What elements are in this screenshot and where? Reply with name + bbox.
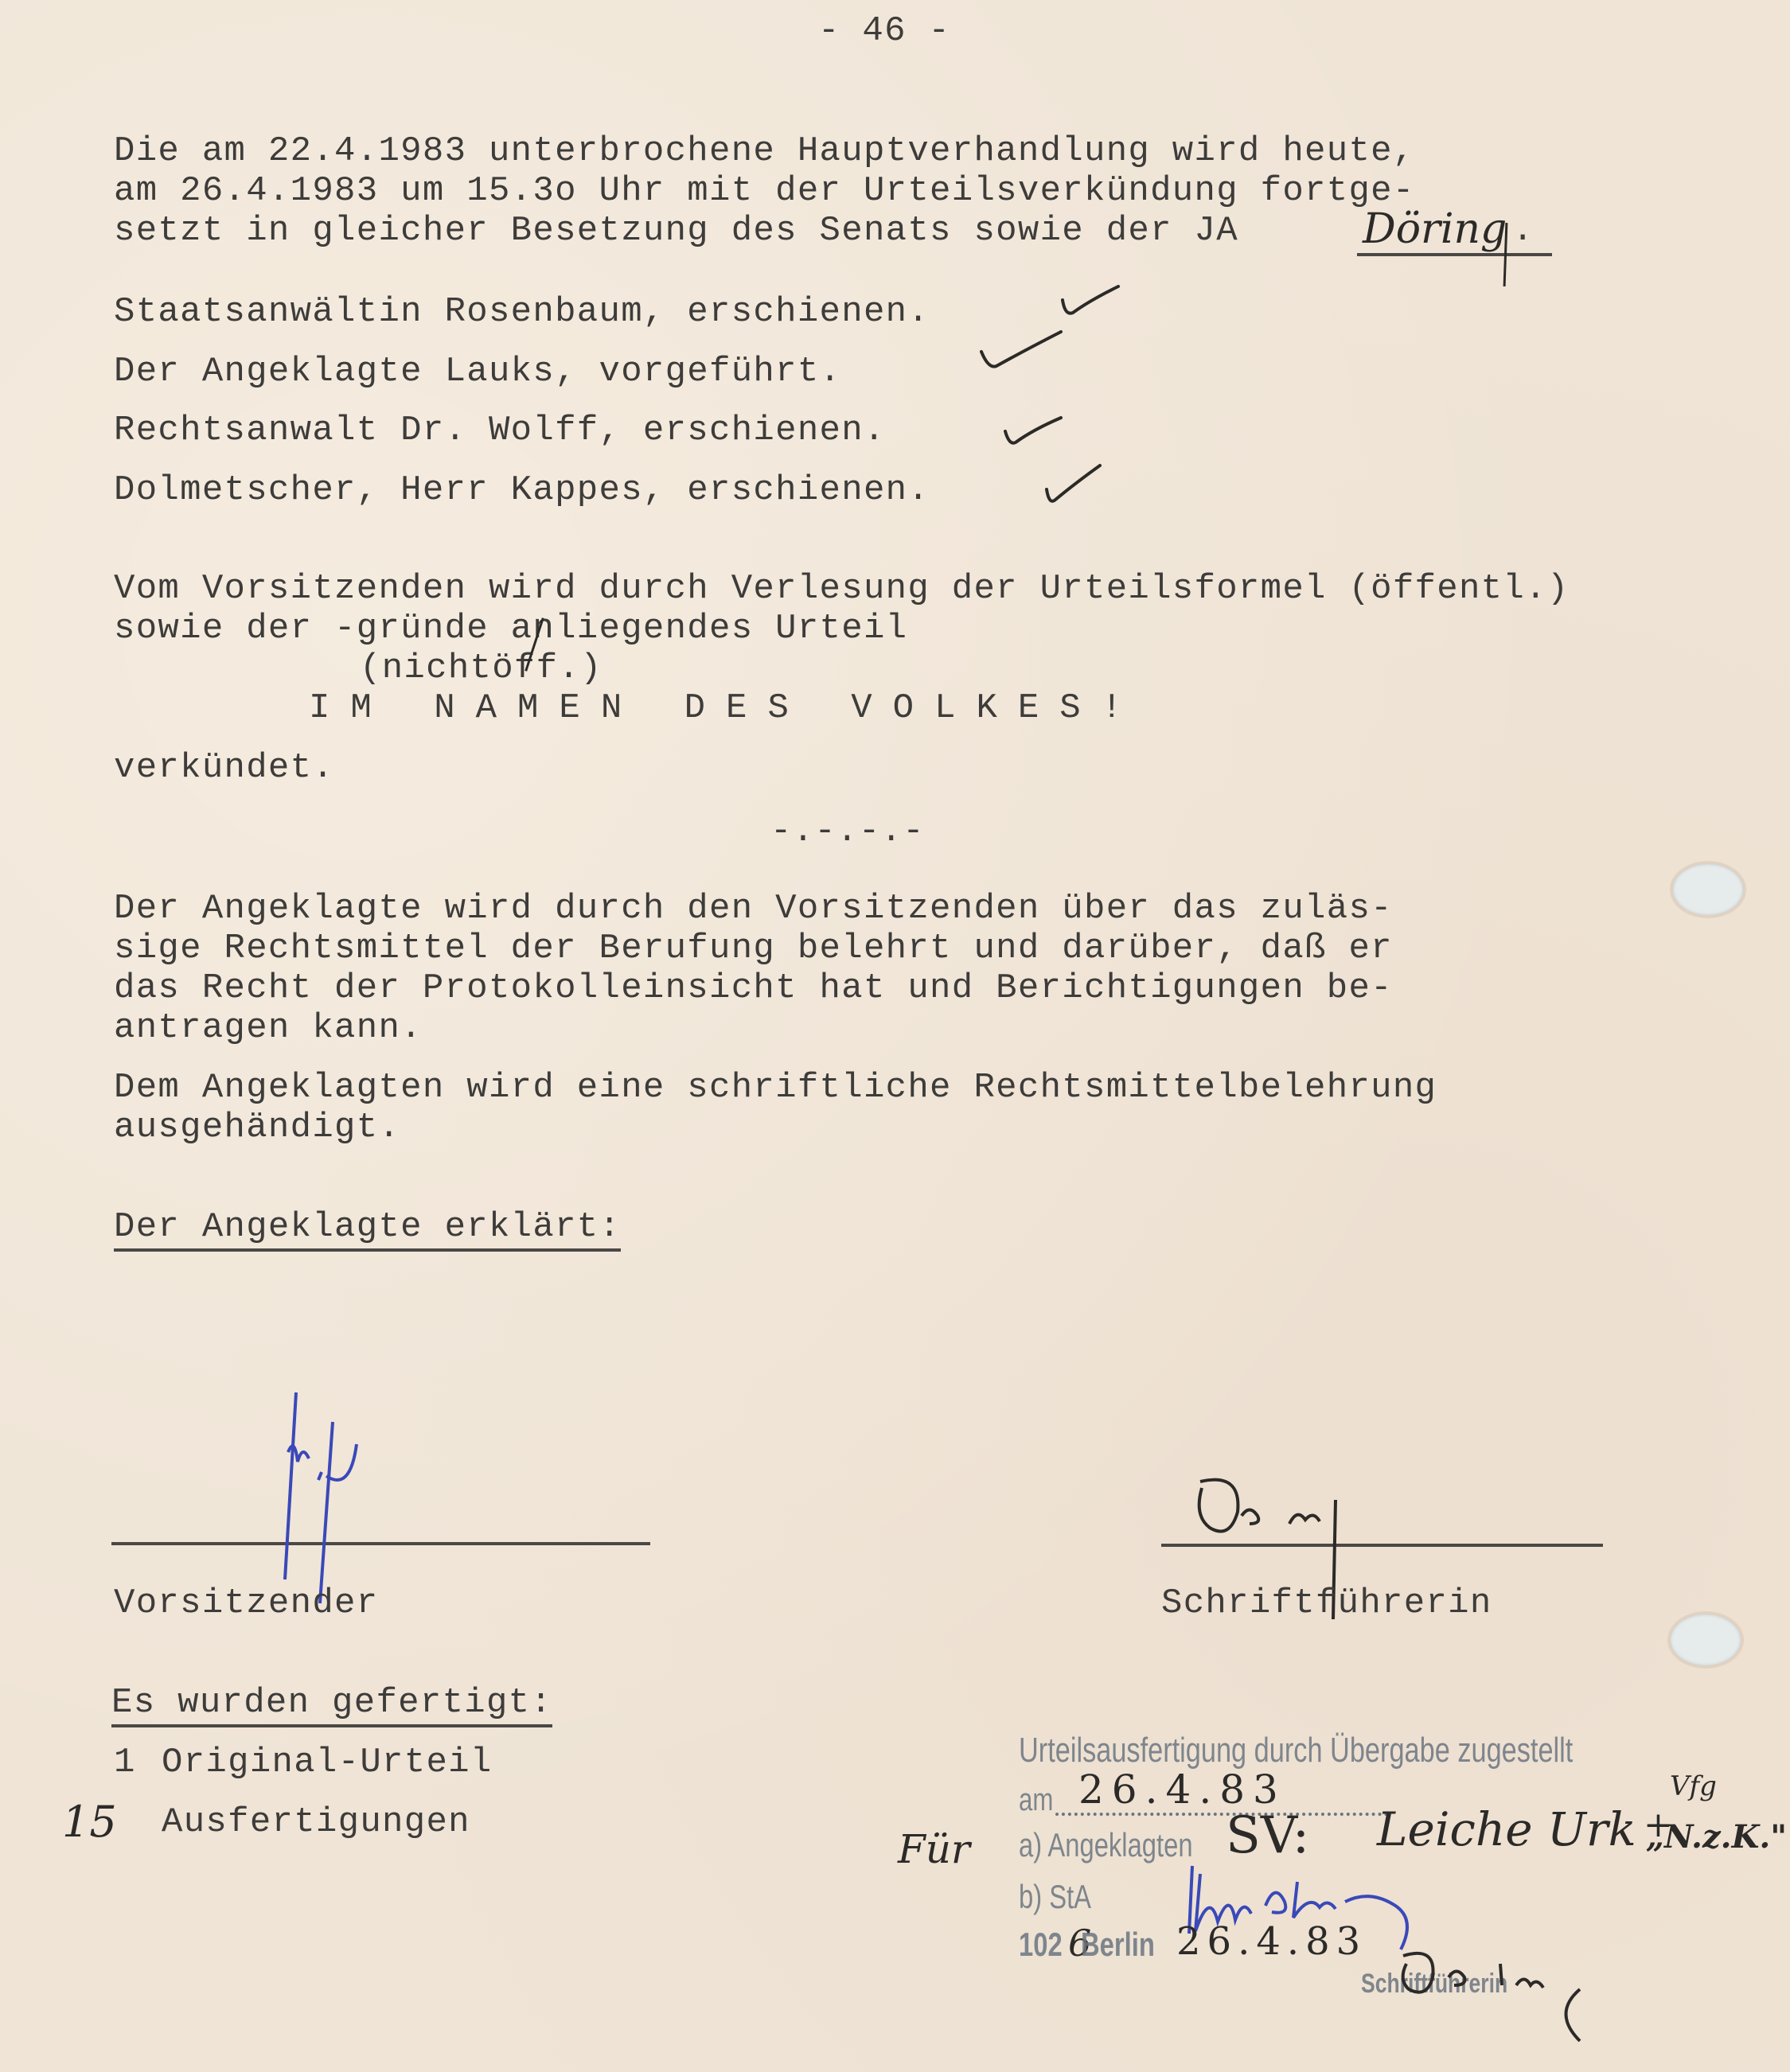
- checkmark-icon: [1001, 414, 1065, 450]
- signature-chairman-icon: [263, 1388, 398, 1595]
- copies-count-handwritten: 15: [62, 1797, 117, 1847]
- attendance-interpreter: Dolmetscher, Herr Kappes, erschienen.: [114, 470, 930, 510]
- stamp-title: Urteilsausfertigung durch Übergabe zuges…: [1019, 1731, 1573, 1770]
- signature-label-chairman: Vorsitzender: [114, 1583, 378, 1623]
- stamp-city: Berlin: [1081, 1926, 1155, 1964]
- instruction-line-2: ausgehändigt.: [114, 1108, 400, 1147]
- declaration-heading: Der Angeklagte erklärt:: [114, 1207, 621, 1252]
- attendance-defendant: Der Angeklagte Lauks, vorgeführt.: [114, 352, 841, 391]
- stamp-am-label: am: [1019, 1782, 1053, 1818]
- verdict-line-2: sowie der -gründe anliegendes Urteil: [114, 609, 907, 648]
- appeal-line-1: Der Angeklagte wird durch den Vorsitzend…: [114, 889, 1393, 929]
- stamp-recipient-defendant: a) Angeklagten: [1019, 1826, 1193, 1864]
- instruction-line-1: Dem Angeklagten wird eine schriftliche R…: [114, 1068, 1437, 1108]
- section-separator: -.-.-.-: [770, 812, 925, 851]
- checkmark-icon: [1059, 282, 1122, 322]
- copies-label-copies: Ausfertigungen: [162, 1802, 470, 1842]
- annotation-nzk: „N.z.K.": [1646, 1818, 1787, 1856]
- verdict-heading: IM NAMEN DES VOLKES!: [309, 688, 1143, 728]
- copies-count-original: 1: [114, 1743, 136, 1782]
- intro-line-3: setzt in gleicher Besetzung des Senats s…: [114, 211, 1238, 251]
- appeal-line-2: sige Rechtsmittel der Berufung belehrt u…: [114, 929, 1393, 968]
- annotation-vfg: Vfg: [1670, 1770, 1717, 1802]
- punch-hole: [1672, 863, 1744, 916]
- document-page: - 46 - Die am 22.4.1983 unterbrochene Ha…: [0, 0, 1790, 2072]
- intro-line-1: Die am 22.4.1983 unterbrochene Hauptverh…: [114, 131, 1415, 171]
- verdict-line-3: (nichtöff.): [360, 648, 603, 688]
- appeal-line-3: das Recht der Protokolleinsicht hat und …: [114, 968, 1393, 1008]
- attendance-prosecutor: Staatsanwältin Rosenbaum, erschienen.: [114, 292, 930, 332]
- stamp-city-prefix: 102: [1019, 1926, 1063, 1964]
- punch-hole: [1670, 1614, 1741, 1666]
- verdict-closing: verkündet.: [114, 748, 334, 788]
- signature-label-clerk: Schriftführerin: [1161, 1583, 1492, 1623]
- verdict-line-1: Vom Vorsitzenden wird durch Verlesung de…: [114, 569, 1569, 609]
- stamp-city-date: 26.4.83: [1176, 1919, 1367, 1964]
- annotation-name: Leiche Urk: [1377, 1802, 1636, 1856]
- stamp-recipient-prosecutor: b) StA: [1019, 1878, 1091, 1916]
- intro-underline: [1357, 253, 1552, 256]
- appeal-line-4: antragen kann.: [114, 1008, 423, 1048]
- intro-period: .: [1512, 211, 1535, 251]
- signature-clerk-stamp-icon: [1397, 1942, 1588, 2053]
- copies-label-original: Original-Urteil: [162, 1743, 493, 1782]
- checkmark-icon: [1043, 462, 1106, 509]
- checkmark-icon: [977, 328, 1065, 376]
- copies-heading: Es wurden gefertigt:: [111, 1683, 552, 1727]
- intro-line-2: am 26.4.1983 um 15.3o Uhr mit der Urteil…: [114, 171, 1415, 211]
- stamp-dotted-line: [1055, 1813, 1388, 1816]
- attendance-lawyer: Rechtsanwalt Dr. Wolff, erschienen.: [114, 411, 886, 450]
- handwritten-name-doering: Döring: [1363, 205, 1507, 253]
- page-number: - 46 -: [818, 11, 950, 51]
- annotation-sv: SV:: [1226, 1806, 1309, 1865]
- annotation-fuer: Für: [898, 1826, 970, 1872]
